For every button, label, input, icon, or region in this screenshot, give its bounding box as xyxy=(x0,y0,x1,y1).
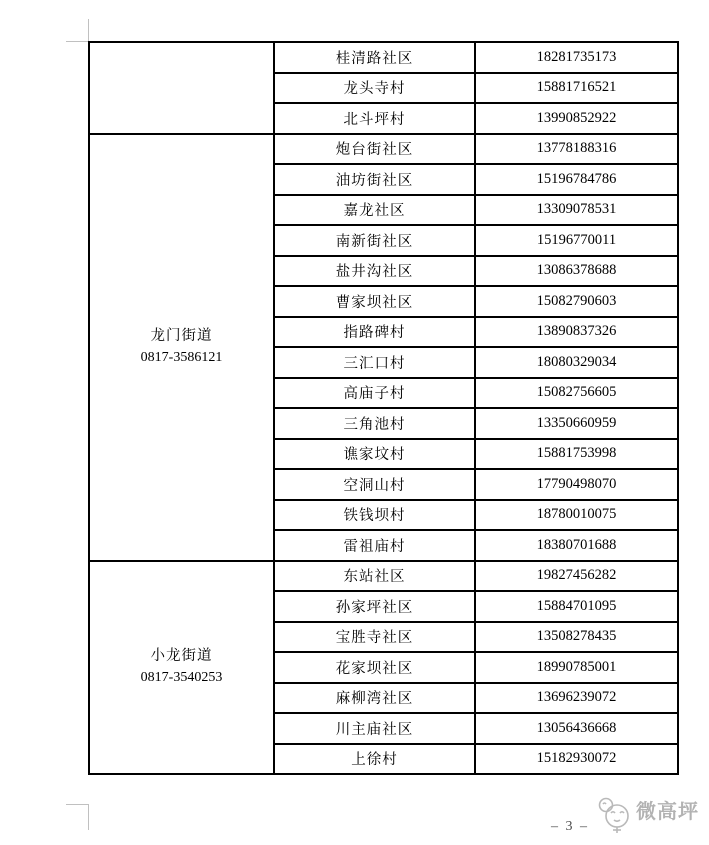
text-boundary-mark-bottom-left-vertical xyxy=(88,804,89,830)
phone-number-cell: 15884701095 xyxy=(475,591,678,622)
phone-number-cell: 13056436668 xyxy=(475,713,678,744)
street-cell: 小龙街道0817-3540253 xyxy=(89,561,274,775)
community-name-cell: 雷祖庙村 xyxy=(274,530,475,561)
community-name-cell: 川主庙社区 xyxy=(274,713,475,744)
text-boundary-mark-bottom-left-horizontal xyxy=(66,804,88,805)
phone-number-cell: 13890837326 xyxy=(475,317,678,348)
community-name-cell: 指路碑村 xyxy=(274,317,475,348)
community-name-cell: 炮台街社区 xyxy=(274,134,475,165)
street-cell xyxy=(89,42,274,134)
community-name-cell: 曹家坝社区 xyxy=(274,286,475,317)
community-name-cell: 花家坝社区 xyxy=(274,652,475,683)
community-name-cell: 北斗坪村 xyxy=(274,103,475,134)
community-name-cell: 铁钱坝村 xyxy=(274,500,475,531)
text-boundary-mark-top-left-horizontal xyxy=(66,41,88,42)
phone-number-cell: 13309078531 xyxy=(475,195,678,226)
street-name: 小龙街道 xyxy=(90,646,273,667)
community-name-cell: 高庙子村 xyxy=(274,378,475,409)
phone-number-cell: 13508278435 xyxy=(475,622,678,653)
phone-number-cell: 15196770011 xyxy=(475,225,678,256)
community-name-cell: 东站社区 xyxy=(274,561,475,592)
watermark-text: 微高坪 xyxy=(636,802,699,822)
street-cell: 龙门街道0817-3586121 xyxy=(89,134,274,561)
community-name-cell: 盐井沟社区 xyxy=(274,256,475,287)
phone-number-cell: 19827456282 xyxy=(475,561,678,592)
community-name-cell: 宝胜寺社区 xyxy=(274,622,475,653)
phone-number-cell: 18080329034 xyxy=(475,347,678,378)
phone-number-cell: 13778188316 xyxy=(475,134,678,165)
community-name-cell: 桂清路社区 xyxy=(274,42,475,73)
street-phone: 0817-3540253 xyxy=(90,667,273,688)
street-name: 龙门街道 xyxy=(90,326,273,347)
community-name-cell: 三汇口村 xyxy=(274,347,475,378)
community-name-cell: 上徐村 xyxy=(274,744,475,775)
community-name-cell: 空洞山村 xyxy=(274,469,475,500)
phone-number-cell: 18281735173 xyxy=(475,42,678,73)
phone-number-cell: 18380701688 xyxy=(475,530,678,561)
phone-number-cell: 13696239072 xyxy=(475,683,678,714)
community-name-cell: 孙家坪社区 xyxy=(274,591,475,622)
community-name-cell: 油坊街社区 xyxy=(274,164,475,195)
community-name-cell: 嘉龙社区 xyxy=(274,195,475,226)
community-name-cell: 龙头寺村 xyxy=(274,73,475,104)
street-community-phone-table: 桂清路社区18281735173龙头寺村15881716521北斗坪村13990… xyxy=(88,41,679,775)
table-row: 小龙街道0817-3540253东站社区19827456282 xyxy=(89,561,678,592)
watermark: 微高坪 xyxy=(596,795,704,835)
phone-number-cell: 18990785001 xyxy=(475,652,678,683)
phone-number-cell: 13086378688 xyxy=(475,256,678,287)
phone-number-cell: 13350660959 xyxy=(475,408,678,439)
community-name-cell: 南新街社区 xyxy=(274,225,475,256)
community-name-cell: 麻柳湾社区 xyxy=(274,683,475,714)
bird-logo-icon xyxy=(596,795,634,835)
phone-number-cell: 17790498070 xyxy=(475,469,678,500)
phone-number-cell: 15082790603 xyxy=(475,286,678,317)
text-boundary-mark-top-left-vertical xyxy=(88,19,89,41)
phone-number-cell: 18780010075 xyxy=(475,500,678,531)
community-name-cell: 谯家坟村 xyxy=(274,439,475,470)
phone-number-cell: 15196784786 xyxy=(475,164,678,195)
community-name-cell: 三角池村 xyxy=(274,408,475,439)
phone-number-cell: 15881753998 xyxy=(475,439,678,470)
street-phone: 0817-3586121 xyxy=(90,347,273,368)
table-row: 龙门街道0817-3586121炮台街社区13778188316 xyxy=(89,134,678,165)
table-row: 桂清路社区18281735173 xyxy=(89,42,678,73)
phone-number-cell: 15182930072 xyxy=(475,744,678,775)
phone-number-cell: 13990852922 xyxy=(475,103,678,134)
phone-number-cell: 15881716521 xyxy=(475,73,678,104)
phone-number-cell: 15082756605 xyxy=(475,378,678,409)
